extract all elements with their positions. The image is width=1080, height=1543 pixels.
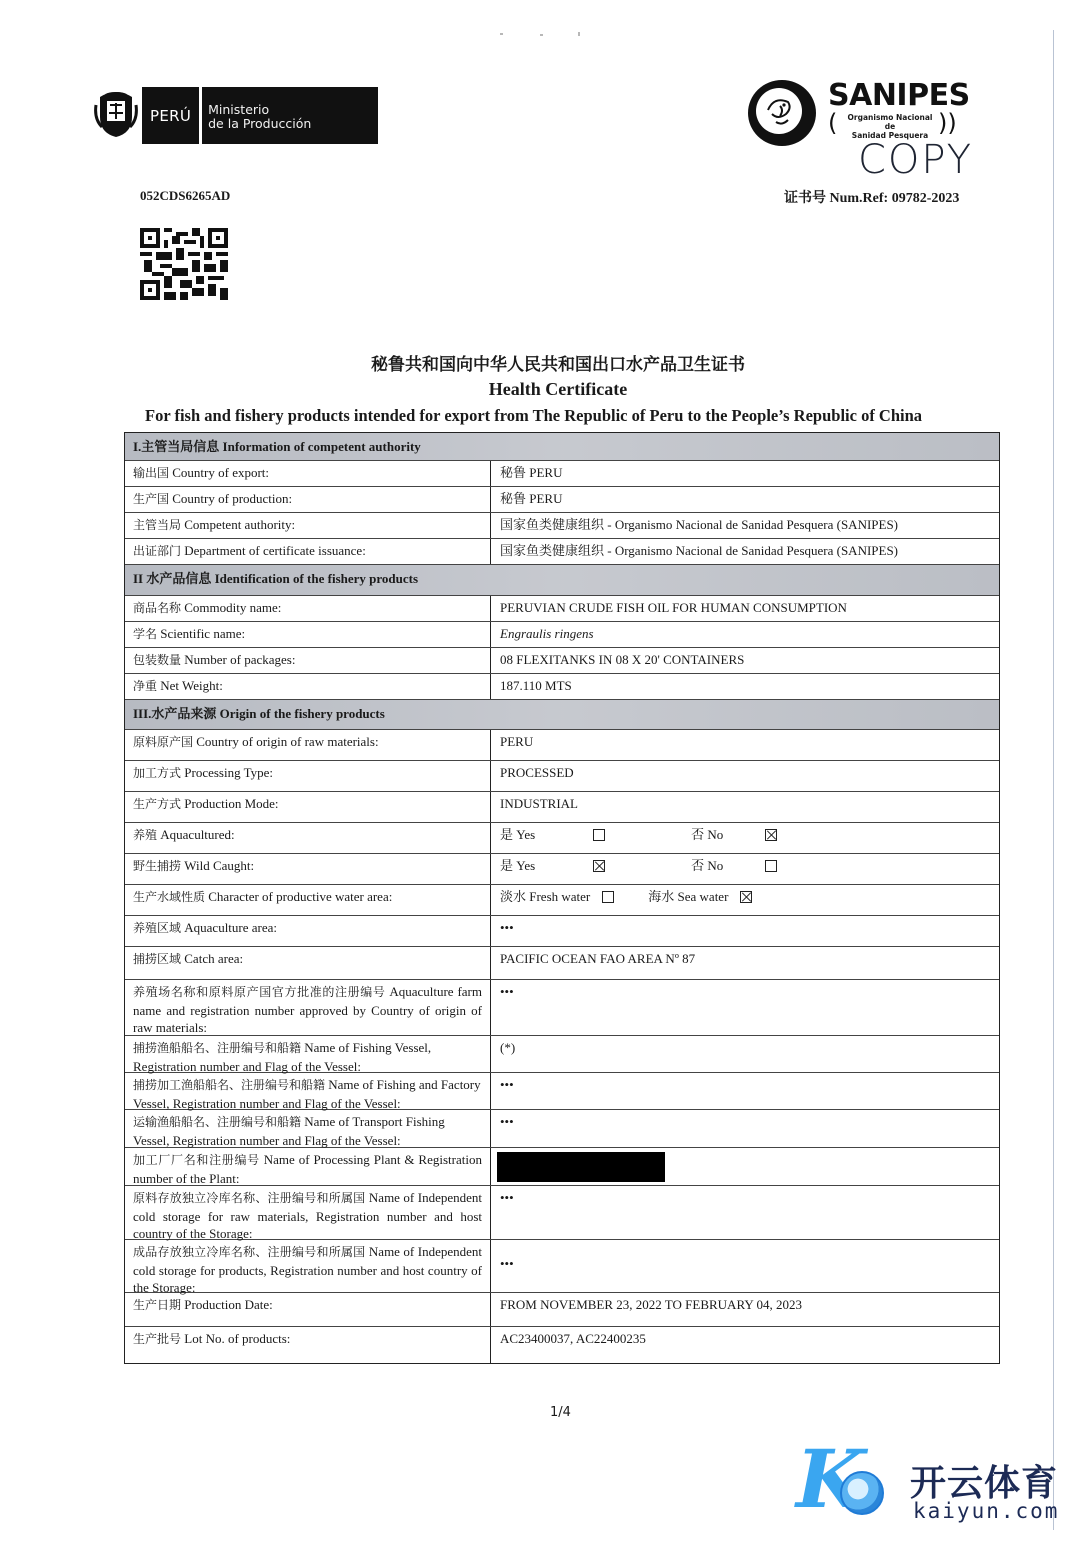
table-row: 主管当局 Competent authority:国家鱼类健康组织 - Orga… bbox=[125, 512, 999, 538]
field-label-cn: 原料原产国 bbox=[133, 735, 193, 749]
field-label-cn: 学名 bbox=[133, 627, 157, 641]
field-value-text: PERU bbox=[500, 734, 533, 749]
ministry-line-2: de la Producción bbox=[208, 117, 316, 131]
sanipes-name: SANIPES bbox=[828, 78, 970, 113]
field-value: FROM NOVEMBER 23, 2022 TO FEBRUARY 04, 2… bbox=[491, 1293, 999, 1326]
field-value-text: 187.110 MTS bbox=[500, 678, 572, 693]
field-label: 养殖 Aquacultured: bbox=[125, 823, 491, 853]
field-value-text: ••• bbox=[500, 920, 514, 935]
table-row: 生产批号 Lot No. of products:AC23400037, AC2… bbox=[125, 1326, 999, 1363]
unchecked-box-icon[interactable] bbox=[593, 829, 605, 841]
field-value-text: ••• bbox=[500, 1114, 514, 1129]
table-row: 生产方式 Production Mode:INDUSTRIAL bbox=[125, 791, 999, 822]
field-label-cn: 主管当局 bbox=[133, 518, 181, 532]
field-label: 原料原产国 Country of origin of raw materials… bbox=[125, 730, 491, 760]
table-row: 包装数量 Number of packages:08 FLEXITANKS IN… bbox=[125, 647, 999, 673]
field-label-cn: 养殖 bbox=[133, 828, 157, 842]
checkbox-label: 海水 Sea water bbox=[648, 888, 728, 906]
table-row: 加工方式 Processing Type:PROCESSED bbox=[125, 760, 999, 791]
field-label-en: Production Date: bbox=[184, 1297, 272, 1312]
table-row: 捕捞加工渔船船名、注册编号和船籍 Name of Fishing and Fac… bbox=[125, 1072, 999, 1109]
field-label-cn: 净重 bbox=[133, 679, 157, 693]
table-row: 净重 Net Weight:187.110 MTS bbox=[125, 673, 999, 699]
checkbox-label: 否 No bbox=[691, 857, 723, 875]
field-label: 商品名称 Commodity name: bbox=[125, 596, 491, 621]
field-value: PACIFIC OCEAN FAO AREA Nº 87 bbox=[491, 947, 999, 979]
field-value: ••• bbox=[491, 1240, 999, 1292]
field-value-text: ••• bbox=[500, 1190, 514, 1205]
field-value: 国家鱼类健康组织 - Organismo Nacional de Sanidad… bbox=[491, 539, 999, 564]
field-label-en: Lot No. of products: bbox=[184, 1331, 290, 1346]
field-label-cn: 运输渔船船名、注册编号和船籍 bbox=[133, 1115, 301, 1129]
ministry-line-1: Ministerio bbox=[208, 103, 316, 117]
field-value-text: PROCESSED bbox=[500, 765, 574, 780]
field-label: 生产水域性质 Character of productive water are… bbox=[125, 885, 491, 915]
checkbox-label: 淡水 Fresh water bbox=[500, 888, 590, 906]
unchecked-box-icon[interactable] bbox=[765, 860, 777, 872]
field-label: 生产日期 Production Date: bbox=[125, 1293, 491, 1326]
field-value-text: FROM NOVEMBER 23, 2022 TO FEBRUARY 04, 2… bbox=[500, 1297, 802, 1312]
field-value-text: ••• bbox=[500, 1256, 514, 1271]
checkbox-label: 是 Yes bbox=[500, 826, 535, 844]
field-value: 08 FLEXITANKS IN 08 X 20' CONTAINERS bbox=[491, 648, 999, 673]
field-label-cn: 原料存放独立冷库名称、注册编号和所属国 bbox=[133, 1191, 365, 1205]
field-label-en: Department of certificate issuance: bbox=[184, 543, 366, 558]
field-label: 主管当局 Competent authority: bbox=[125, 513, 491, 538]
field-label-en: Competent authority: bbox=[184, 517, 295, 532]
field-label: 养殖场名称和原料原产国官方批准的注册编号 Aquaculture farm na… bbox=[125, 980, 491, 1035]
section-title: I.主管当局信息 Information of competent author… bbox=[125, 433, 429, 460]
scan-page-edge bbox=[1053, 30, 1054, 1530]
field-value-text: PACIFIC OCEAN FAO AREA Nº 87 bbox=[500, 951, 695, 966]
table-row: 生产水域性质 Character of productive water are… bbox=[125, 884, 999, 915]
field-label-en: Country of production: bbox=[172, 491, 292, 506]
checked-box-icon[interactable] bbox=[740, 891, 752, 903]
table-row: 养殖 Aquacultured:是 Yes否 No bbox=[125, 822, 999, 853]
field-label-cn: 加工厂厂名和注册编号 bbox=[133, 1153, 260, 1167]
field-label-cn: 出证部门 bbox=[133, 544, 181, 558]
field-value: 是 Yes否 No bbox=[491, 823, 999, 853]
table-row: 商品名称 Commodity name:PERUVIAN CRUDE FISH … bbox=[125, 595, 999, 621]
field-value-text: (*) bbox=[500, 1040, 515, 1055]
field-label: 输出国 Country of export: bbox=[125, 461, 491, 486]
field-value: 187.110 MTS bbox=[491, 674, 999, 699]
field-value-text: 国家鱼类健康组织 - Organismo Nacional de Sanidad… bbox=[500, 543, 898, 558]
sanipes-subtitle: Organismo Nacional de Sanidad Pesquera bbox=[842, 113, 938, 140]
field-label-cn: 捕捞加工渔船船名、注册编号和船籍 bbox=[133, 1078, 325, 1092]
kaiyun-watermark: K 开云体育 kaiyun.com bbox=[792, 1433, 1072, 1528]
field-label: 学名 Scientific name: bbox=[125, 622, 491, 647]
field-label: 运输渔船船名、注册编号和船籍 Name of Transport Fishing… bbox=[125, 1110, 491, 1147]
field-value: 秘鲁 PERU bbox=[491, 487, 999, 512]
field-label: 包装数量 Number of packages: bbox=[125, 648, 491, 673]
document-code: 052CDS6265AD bbox=[140, 188, 230, 204]
field-value-text: 秘鲁 PERU bbox=[500, 465, 562, 480]
watermark-brand-en: kaiyun.com bbox=[913, 1499, 1059, 1523]
table-row: 输出国 Country of export:秘鲁 PERU bbox=[125, 460, 999, 486]
field-label: 出证部门 Department of certificate issuance: bbox=[125, 539, 491, 564]
field-value: 秘鲁 PERU bbox=[491, 461, 999, 486]
field-value-text: Engraulis ringens bbox=[500, 626, 594, 641]
field-value-text: INDUSTRIAL bbox=[500, 796, 578, 811]
field-label-en: Country of export: bbox=[172, 465, 269, 480]
field-label: 加工方式 Processing Type: bbox=[125, 761, 491, 791]
table-row: 原料存放独立冷库名称、注册编号和所属国 Name of Independent … bbox=[125, 1185, 999, 1239]
table-row: 野生捕捞 Wild Caught:是 Yes否 No bbox=[125, 853, 999, 884]
field-value-text: 08 FLEXITANKS IN 08 X 20' CONTAINERS bbox=[500, 652, 744, 667]
field-label-cn: 生产国 bbox=[133, 492, 169, 506]
field-label-en: Production Mode: bbox=[184, 796, 278, 811]
certificate-subtitle: For fish and fishery products intended f… bbox=[145, 406, 922, 426]
field-value: PROCESSED bbox=[491, 761, 999, 791]
soccer-ball-icon bbox=[840, 1471, 884, 1515]
field-label-cn: 成品存放独立冷库名称、注册编号和所属国 bbox=[133, 1245, 365, 1259]
checkbox-option[interactable]: 淡水 Fresh water bbox=[500, 888, 614, 906]
field-label-en: Commodity name: bbox=[184, 600, 281, 615]
checkbox-option[interactable]: 是 Yes bbox=[500, 857, 605, 875]
section-header: I.主管当局信息 Information of competent author… bbox=[125, 433, 999, 460]
table-row: 原料原产国 Country of origin of raw materials… bbox=[125, 729, 999, 760]
section-title: II 水产品信息 Identification of the fishery p… bbox=[125, 565, 426, 595]
field-label: 净重 Net Weight: bbox=[125, 674, 491, 699]
table-row: 捕捞区域 Catch area:PACIFIC OCEAN FAO AREA N… bbox=[125, 946, 999, 979]
scan-artifacts bbox=[500, 30, 590, 38]
field-label: 捕捞渔船船名、注册编号和船籍 Name of Fishing Vessel, R… bbox=[125, 1036, 491, 1072]
redacted-block bbox=[497, 1152, 665, 1182]
field-value-text: 国家鱼类健康组织 - Organismo Nacional de Sanidad… bbox=[500, 517, 898, 532]
field-label-en: Scientific name: bbox=[160, 626, 245, 641]
field-label-en: Number of packages: bbox=[184, 652, 295, 667]
section-header: III.水产品来源 Origin of the fishery products bbox=[125, 699, 999, 729]
table-row: 养殖区域 Aquaculture area:••• bbox=[125, 915, 999, 946]
field-value: ••• bbox=[491, 980, 999, 1035]
field-label-cn: 生产日期 bbox=[133, 1298, 181, 1312]
field-label-en: Catch area: bbox=[184, 951, 243, 966]
table-row: 生产国 Country of production:秘鲁 PERU bbox=[125, 486, 999, 512]
field-label-cn: 包装数量 bbox=[133, 653, 181, 667]
page-number: 1/4 bbox=[550, 1405, 571, 1420]
table-row: 学名 Scientific name:Engraulis ringens bbox=[125, 621, 999, 647]
field-label-cn: 输出国 bbox=[133, 466, 169, 480]
field-label: 捕捞加工渔船船名、注册编号和船籍 Name of Fishing and Fac… bbox=[125, 1073, 491, 1109]
field-value: Engraulis ringens bbox=[491, 622, 999, 647]
field-label-en: Character of productive water area: bbox=[208, 889, 392, 904]
field-label-cn: 野生捕捞 bbox=[133, 859, 181, 873]
field-label: 捕捞区域 Catch area: bbox=[125, 947, 491, 979]
field-label-cn: 生产水域性质 bbox=[133, 890, 205, 904]
field-value bbox=[491, 1148, 999, 1185]
wave-right-icon: )) bbox=[938, 109, 957, 137]
checkbox-label: 否 No bbox=[691, 826, 723, 844]
field-label-cn: 养殖场名称和原料原产国官方批准的注册编号 bbox=[133, 985, 385, 999]
table-row: 生产日期 Production Date:FROM NOVEMBER 23, 2… bbox=[125, 1292, 999, 1326]
field-label-en: Aquacultured: bbox=[160, 827, 234, 842]
table-row: 运输渔船船名、注册编号和船籍 Name of Transport Fishing… bbox=[125, 1109, 999, 1147]
certificate-table: I.主管当局信息 Information of competent author… bbox=[124, 432, 1000, 1364]
peru-ministry-logo: PERÚ Ministerio de la Producción bbox=[94, 87, 378, 144]
certificate-reference-number: 证书号 Num.Ref: 09782-2023 bbox=[784, 187, 959, 207]
field-value-text: ••• bbox=[500, 1077, 514, 1092]
field-value: (*) bbox=[491, 1036, 999, 1072]
checkbox-option[interactable]: 否 No bbox=[691, 857, 777, 875]
field-label: 野生捕捞 Wild Caught: bbox=[125, 854, 491, 884]
field-label-cn: 捕捞渔船船名、注册编号和船籍 bbox=[133, 1041, 301, 1055]
field-value: PERU bbox=[491, 730, 999, 760]
field-value-text: ••• bbox=[500, 984, 514, 999]
field-value: ••• bbox=[491, 1110, 999, 1147]
field-label: 原料存放独立冷库名称、注册编号和所属国 Name of Independent … bbox=[125, 1186, 491, 1239]
wave-left-icon: ( bbox=[828, 109, 837, 137]
field-label: 生产国 Country of production: bbox=[125, 487, 491, 512]
sanipes-emblem-icon bbox=[748, 80, 816, 146]
table-row: 捕捞渔船船名、注册编号和船籍 Name of Fishing Vessel, R… bbox=[125, 1035, 999, 1072]
field-value: 国家鱼类健康组织 - Organismo Nacional de Sanidad… bbox=[491, 513, 999, 538]
section-header: II 水产品信息 Identification of the fishery p… bbox=[125, 564, 999, 595]
table-row: 成品存放独立冷库名称、注册编号和所属国 Name of Independent … bbox=[125, 1239, 999, 1292]
field-label: 生产方式 Production Mode: bbox=[125, 792, 491, 822]
checked-box-icon[interactable] bbox=[765, 829, 777, 841]
field-value: 是 Yes否 No bbox=[491, 854, 999, 884]
field-label-cn: 养殖区域 bbox=[133, 921, 181, 935]
title-chinese: 秘鲁共和国向中华人民共和国出口水产品卫生证书 bbox=[0, 350, 1080, 375]
checkbox-option[interactable]: 海水 Sea water bbox=[648, 888, 752, 906]
field-label-cn: 生产方式 bbox=[133, 797, 181, 811]
field-label: 加工厂厂名和注册编号 Name of Processing Plant & Re… bbox=[125, 1148, 491, 1185]
field-label-cn: 加工方式 bbox=[133, 766, 181, 780]
table-row: 加工厂厂名和注册编号 Name of Processing Plant & Re… bbox=[125, 1147, 999, 1185]
table-row: 养殖场名称和原料原产国官方批准的注册编号 Aquaculture farm na… bbox=[125, 979, 999, 1035]
table-row: 出证部门 Department of certificate issuance:… bbox=[125, 538, 999, 564]
field-value: AC23400037, AC22400235 bbox=[491, 1327, 999, 1363]
field-value: ••• bbox=[491, 1186, 999, 1239]
field-value-text: PERUVIAN CRUDE FISH OIL FOR HUMAN CONSUM… bbox=[500, 600, 847, 615]
checkbox-label: 是 Yes bbox=[500, 857, 535, 875]
checkbox-option[interactable]: 否 No bbox=[691, 826, 777, 844]
checkbox-option[interactable]: 是 Yes bbox=[500, 826, 605, 844]
field-value: ••• bbox=[491, 916, 999, 946]
field-value: INDUSTRIAL bbox=[491, 792, 999, 822]
fish-icon bbox=[762, 92, 798, 128]
field-label-en: Country of origin of raw materials: bbox=[196, 734, 378, 749]
field-value: 淡水 Fresh water海水 Sea water bbox=[491, 885, 999, 915]
field-label-cn: 捕捞区域 bbox=[133, 952, 181, 966]
field-label: 成品存放独立冷库名称、注册编号和所属国 Name of Independent … bbox=[125, 1240, 491, 1292]
coat-of-arms-icon bbox=[94, 87, 138, 139]
field-label-cn: 生产批号 bbox=[133, 1332, 181, 1346]
field-label-cn: 商品名称 bbox=[133, 601, 181, 615]
field-label: 生产批号 Lot No. of products: bbox=[125, 1327, 491, 1363]
section-title: III.水产品来源 Origin of the fishery products bbox=[125, 700, 393, 729]
field-label-en: Net Weight: bbox=[160, 678, 223, 693]
field-value: PERUVIAN CRUDE FISH OIL FOR HUMAN CONSUM… bbox=[491, 596, 999, 621]
title-english: Health Certificate bbox=[0, 379, 1080, 400]
field-value: ••• bbox=[491, 1073, 999, 1109]
ministry-name: Ministerio de la Producción bbox=[202, 87, 378, 144]
field-label-en: Aquaculture area: bbox=[184, 920, 277, 935]
field-value-text: 秘鲁 PERU bbox=[500, 491, 562, 506]
peru-label: PERÚ bbox=[142, 87, 199, 144]
field-label: 养殖区域 Aquaculture area: bbox=[125, 916, 491, 946]
copy-stamp: COPY bbox=[858, 137, 973, 183]
qr-code-icon bbox=[140, 228, 228, 300]
checked-box-icon[interactable] bbox=[593, 860, 605, 872]
field-label-en: Wild Caught: bbox=[184, 858, 254, 873]
unchecked-box-icon[interactable] bbox=[602, 891, 614, 903]
field-value-text: AC23400037, AC22400235 bbox=[500, 1331, 646, 1346]
field-label-en: Processing Type: bbox=[184, 765, 273, 780]
